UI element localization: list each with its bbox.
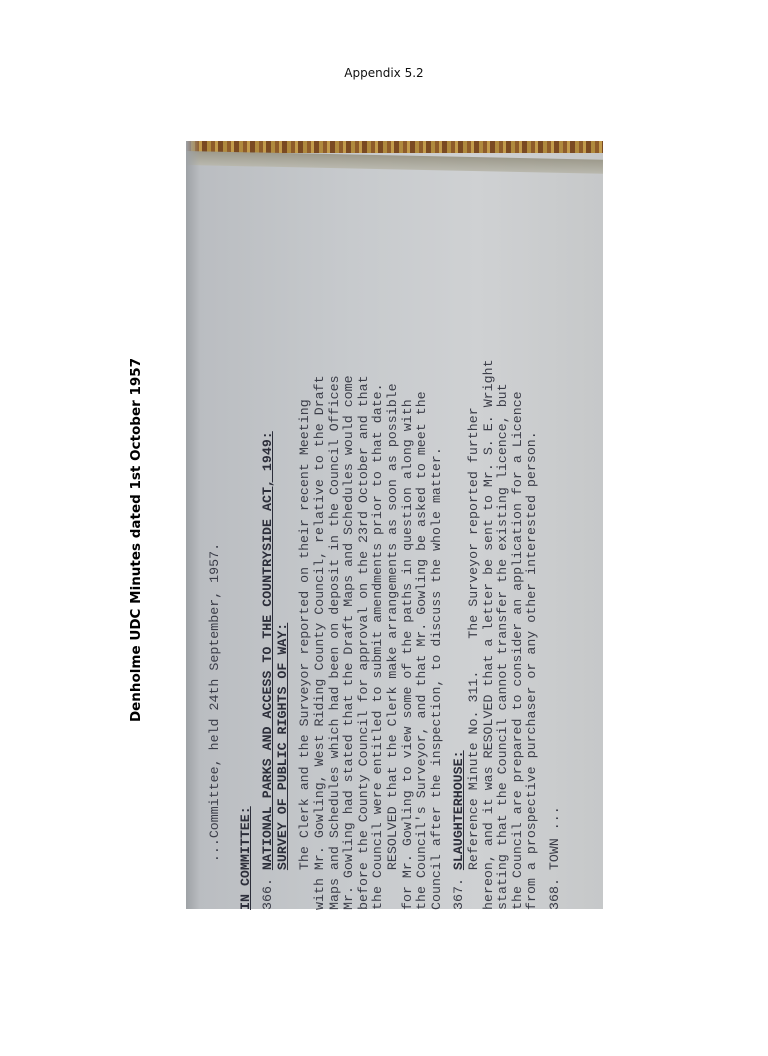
paragraph-line: Reference Minute No. 311. The Surveyor r… [467,140,482,910]
resolved-line: RESOLVED that the Clerk make arrangement… [386,140,401,910]
item-366-title: NATIONAL PARKS AND ACCESS TO THE COUNTRY… [260,431,275,870]
paragraph-line: the Council are prepared to consider an … [511,140,526,910]
resolved-line: the Council's Surveyor, and that Mr. Gow… [415,140,430,910]
page-shadow [186,141,200,909]
resolved-line: for Mr. Gowling to view some of the path… [401,140,416,910]
paragraph-line: before the County Council for approval o… [357,140,372,910]
partial-top-line: ...Committee, held 24th September, 1957. [208,140,223,910]
resolved-line: Council after the inspection, to discuss… [430,140,445,910]
paragraph-line: Maps and Schedules which had been on dep… [328,140,343,910]
paragraph-line: with Mr. Gowling, West Riding County Cou… [313,140,328,910]
item-366-heading: 366. NATIONAL PARKS AND ACCESS TO THE CO… [261,140,276,910]
committee-heading: IN COMMITTEE: [238,806,253,910]
item-368-heading: 368. TOWN ... [548,140,563,910]
item-368-title: TOWN ... [547,806,562,870]
paragraph-line: hereon, and it was RESOLVED that a lette… [482,140,497,910]
appendix-label: Appendix 5.2 [0,66,768,80]
typed-minutes-text: ...Committee, held 24th September, 1957.… [208,140,562,910]
paragraph-line: stating that the Council cannot transfer… [496,140,511,910]
caption-text: Denholme UDC Minutes dated 1st October 1… [128,358,144,722]
paragraph-line: The Clerk and the Surveyor reported on t… [298,140,313,910]
paragraph-line: from a prospective purchaser or any othe… [525,140,540,910]
paragraph-line: the Council were entitled to submit amen… [371,140,386,910]
item-367-heading: 367. SLAUGHTERHOUSE: [452,140,467,910]
item-366-subtitle: SURVEY OF PUBLIC RIGHTS OF WAY: [275,623,290,870]
paragraph-line: Mr. Gowling had stated that the Draft Ma… [342,140,357,910]
item-367-title: SLAUGHTERHOUSE: [451,750,466,870]
